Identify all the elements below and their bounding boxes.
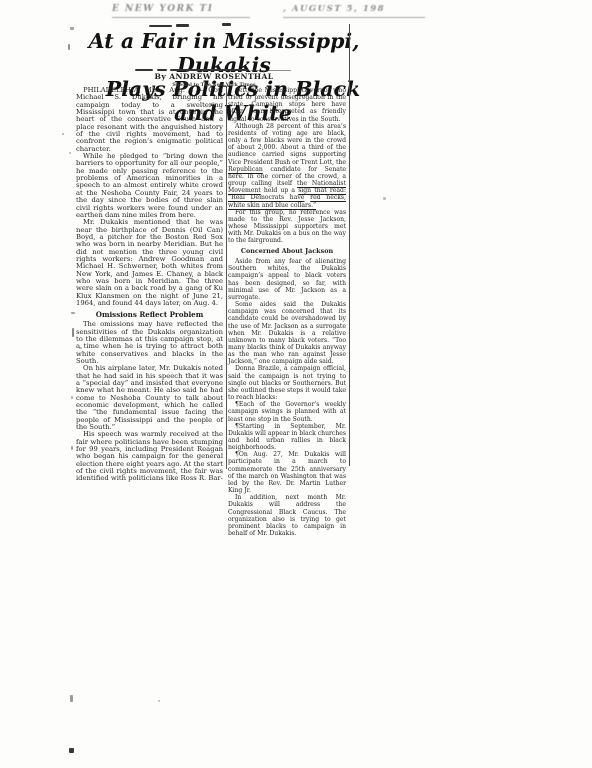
article-paragraph: ¶Each of the Governor’s weekly campaign … xyxy=(228,401,346,422)
article-paragraph: Aside from any fear of alienating Southe… xyxy=(228,258,346,301)
article-paragraph: On his airplane later, Mr. Dukakis noted… xyxy=(76,365,223,431)
scan-speck xyxy=(79,347,82,349)
scan-speck xyxy=(68,44,70,50)
pen-dash-mark xyxy=(149,25,172,27)
column-rule-right xyxy=(349,24,350,466)
headline-separator-rule xyxy=(157,69,167,71)
article-paragraph: Donna Brazile, a campaign official, said… xyxy=(228,365,346,401)
article-paragraph: In addition, next month Mr. Dukakis will… xyxy=(228,494,346,537)
article-subhead: Omissions Reflect Problem xyxy=(76,311,223,318)
article-subhead: Concerned About Jackson xyxy=(228,248,346,255)
article-paragraph: nett, the Mississippi Governor who tried… xyxy=(228,87,346,123)
headline-separator-rule xyxy=(170,69,248,71)
scan-speck xyxy=(69,152,71,154)
article-paragraph: The omissions may have reflected the sen… xyxy=(76,321,223,365)
scan-speck xyxy=(71,396,73,399)
headline-separator-rule xyxy=(135,69,153,71)
article-paragraph: Some aides said the Dukakis campaign was… xyxy=(228,301,346,365)
scan-speck xyxy=(62,133,64,135)
scan-speck xyxy=(71,312,75,314)
scan-speck xyxy=(70,695,73,702)
masthead-date-fragment: , AUGUST 5, 198 xyxy=(283,4,425,18)
pen-dash-mark xyxy=(222,23,231,26)
article-paragraph: His speech was warmly received at the fa… xyxy=(76,431,223,482)
pen-dash-mark xyxy=(176,24,189,27)
column-rule-center xyxy=(226,86,227,469)
article-column-2: nett, the Mississippi Governor who tried… xyxy=(228,87,346,537)
masthead-publication-fragment: E NEW YORK TI xyxy=(112,4,250,18)
article-paragraph: Mr. Dukakis mentioned that he was near t… xyxy=(76,219,223,307)
article-paragraph: PHILADELPHIA, Miss., Aug. 4 — Gov. Micha… xyxy=(76,87,223,153)
article-paragraph: For this group, no reference was made to… xyxy=(228,209,346,245)
headline-separator-rule xyxy=(251,70,291,71)
scan-speck xyxy=(72,328,74,337)
scan-speck xyxy=(70,27,74,30)
article-column-1: PHILADELPHIA, Miss., Aug. 4 — Gov. Micha… xyxy=(76,87,223,483)
scan-speck xyxy=(383,197,386,200)
byline-author: By ANDREW ROSENTHAL xyxy=(118,72,310,81)
scan-speck xyxy=(71,446,73,450)
article-paragraph: ¶Starting in September, Mr. Dukakis will… xyxy=(228,423,346,452)
article-paragraph: ¶On Aug. 27, Mr. Dukakis will participat… xyxy=(228,451,346,494)
article-paragraph: While he pledged to “bring down the barr… xyxy=(76,153,223,219)
newspaper-clipping-page: E NEW YORK TI , AUGUST 5, 198 At a Fair … xyxy=(0,0,592,768)
article-paragraph: Although 28 percent of this area’s resid… xyxy=(228,123,346,209)
scan-speck xyxy=(69,748,74,753)
scan-speck xyxy=(158,700,160,702)
